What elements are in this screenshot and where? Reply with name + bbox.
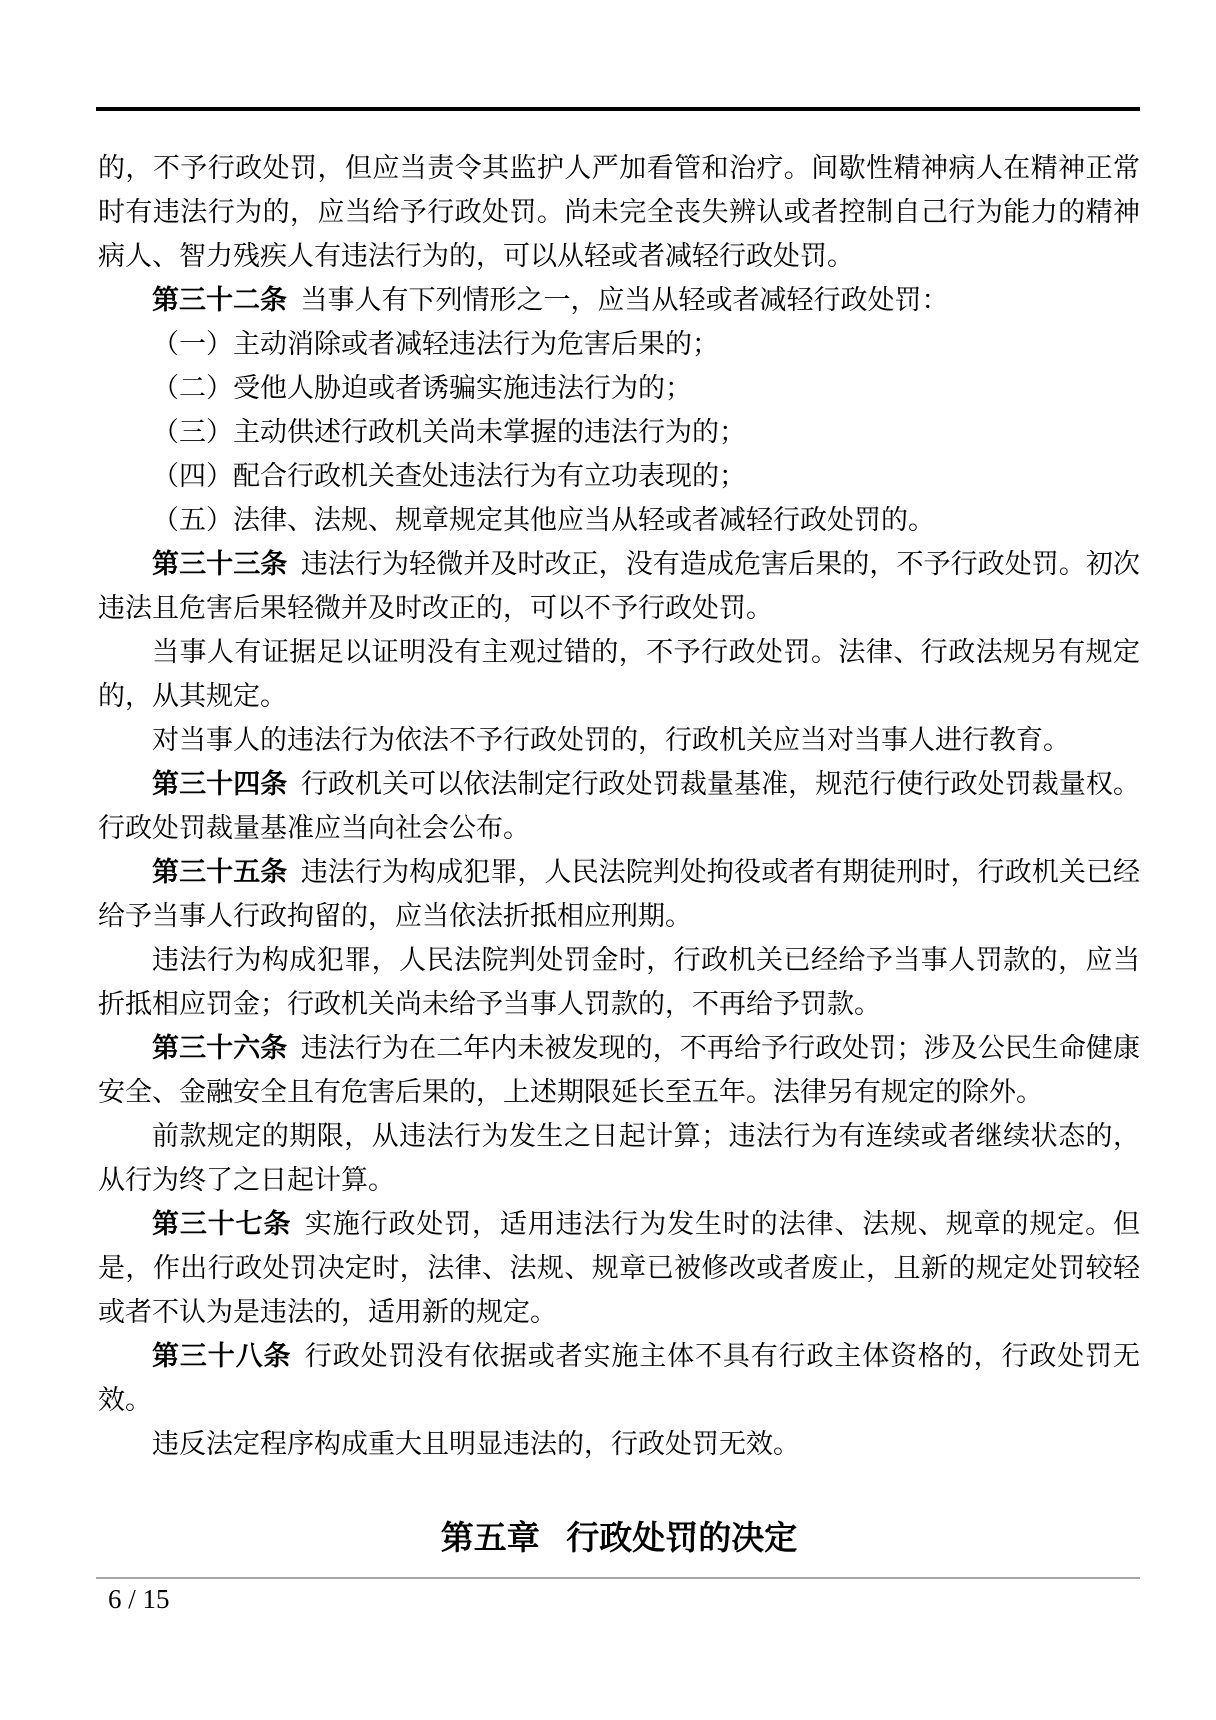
article-paragraph: 第三十七条实施行政处罚，适用违法行为发生时的法律、法规、规章的规定。但是，作出行… [98, 1202, 1140, 1334]
article-number: 第三十三条 [152, 549, 287, 579]
chapter-title: 行政处罚的决定 [566, 1521, 797, 1557]
page-footer: 6 / 15 [108, 1583, 170, 1615]
paragraph: 的，不予行政处罚，但应当责令其监护人严加看管和治疗。间歇性精神病人在精神正常时有… [98, 146, 1140, 278]
article-paragraph: 第三十三条违法行为轻微并及时改正，没有造成危害后果的，不予行政处罚。初次违法且危… [98, 542, 1140, 630]
article-number: 第三十四条 [152, 769, 287, 799]
document-page: 的，不予行政处罚，但应当责令其监护人严加看管和治疗。间歇性精神病人在精神正常时有… [0, 0, 1216, 1720]
list-item-paragraph: （四）配合行政机关查处违法行为有立功表现的； [98, 454, 1140, 498]
paragraph: 违反法定程序构成重大且明显违法的，行政处罚无效。 [98, 1422, 1140, 1466]
article-number: 第三十五条 [152, 857, 287, 887]
list-item-paragraph: （一）主动消除或者减轻违法行为危害后果的； [98, 322, 1140, 366]
paragraph-list: 的，不予行政处罚，但应当责令其监护人严加看管和治疗。间歇性精神病人在精神正常时有… [98, 146, 1140, 1466]
document-body: 的，不予行政处罚，但应当责令其监护人严加看管和治疗。间歇性精神病人在精神正常时有… [98, 146, 1140, 1562]
paragraph: 当事人有证据足以证明没有主观过错的，不予行政处罚。法律、行政法规另有规定的，从其… [98, 630, 1140, 718]
article-number: 第三十二条 [152, 285, 287, 315]
article-paragraph: 第三十二条当事人有下列情形之一，应当从轻或者减轻行政处罚： [98, 278, 1140, 322]
chapter-label: 第五章 [441, 1521, 540, 1557]
list-item-paragraph: （二）受他人胁迫或者诱骗实施违法行为的； [98, 366, 1140, 410]
paragraph: 对当事人的违法行为依法不予行政处罚的，行政机关应当对当事人进行教育。 [98, 718, 1140, 762]
article-paragraph: 第三十四条行政机关可以依法制定行政处罚裁量基准，规范行使行政处罚裁量权。行政处罚… [98, 762, 1140, 850]
article-paragraph: 第三十六条违法行为在二年内未被发现的，不再给予行政处罚；涉及公民生命健康安全、金… [98, 1026, 1140, 1114]
chapter-heading: 第五章行政处罚的决定 [98, 1516, 1140, 1562]
article-paragraph: 第三十五条违法行为构成犯罪，人民法院判处拘役或者有期徒刑时，行政机关已经给予当事… [98, 850, 1140, 938]
paragraph: 前款规定的期限，从违法行为发生之日起计算；违法行为有连续或者继续状态的，从行为终… [98, 1114, 1140, 1202]
article-number: 第三十六条 [152, 1033, 287, 1063]
article-number: 第三十八条 [152, 1341, 291, 1371]
paragraph: 违法行为构成犯罪，人民法院判处罚金时，行政机关已经给予当事人罚款的，应当折抵相应… [98, 938, 1140, 1026]
list-item-paragraph: （五）法律、法规、规章规定其他应当从轻或者减轻行政处罚的。 [98, 498, 1140, 542]
article-paragraph: 第三十八条行政处罚没有依据或者实施主体不具有行政主体资格的，行政处罚无效。 [98, 1334, 1140, 1422]
article-number: 第三十七条 [152, 1209, 291, 1239]
page-number: 6 / 15 [108, 1584, 170, 1614]
header-rule [96, 107, 1140, 111]
footer-rule [96, 1577, 1140, 1579]
list-item-paragraph: （三）主动供述行政机关尚未掌握的违法行为的； [98, 410, 1140, 454]
